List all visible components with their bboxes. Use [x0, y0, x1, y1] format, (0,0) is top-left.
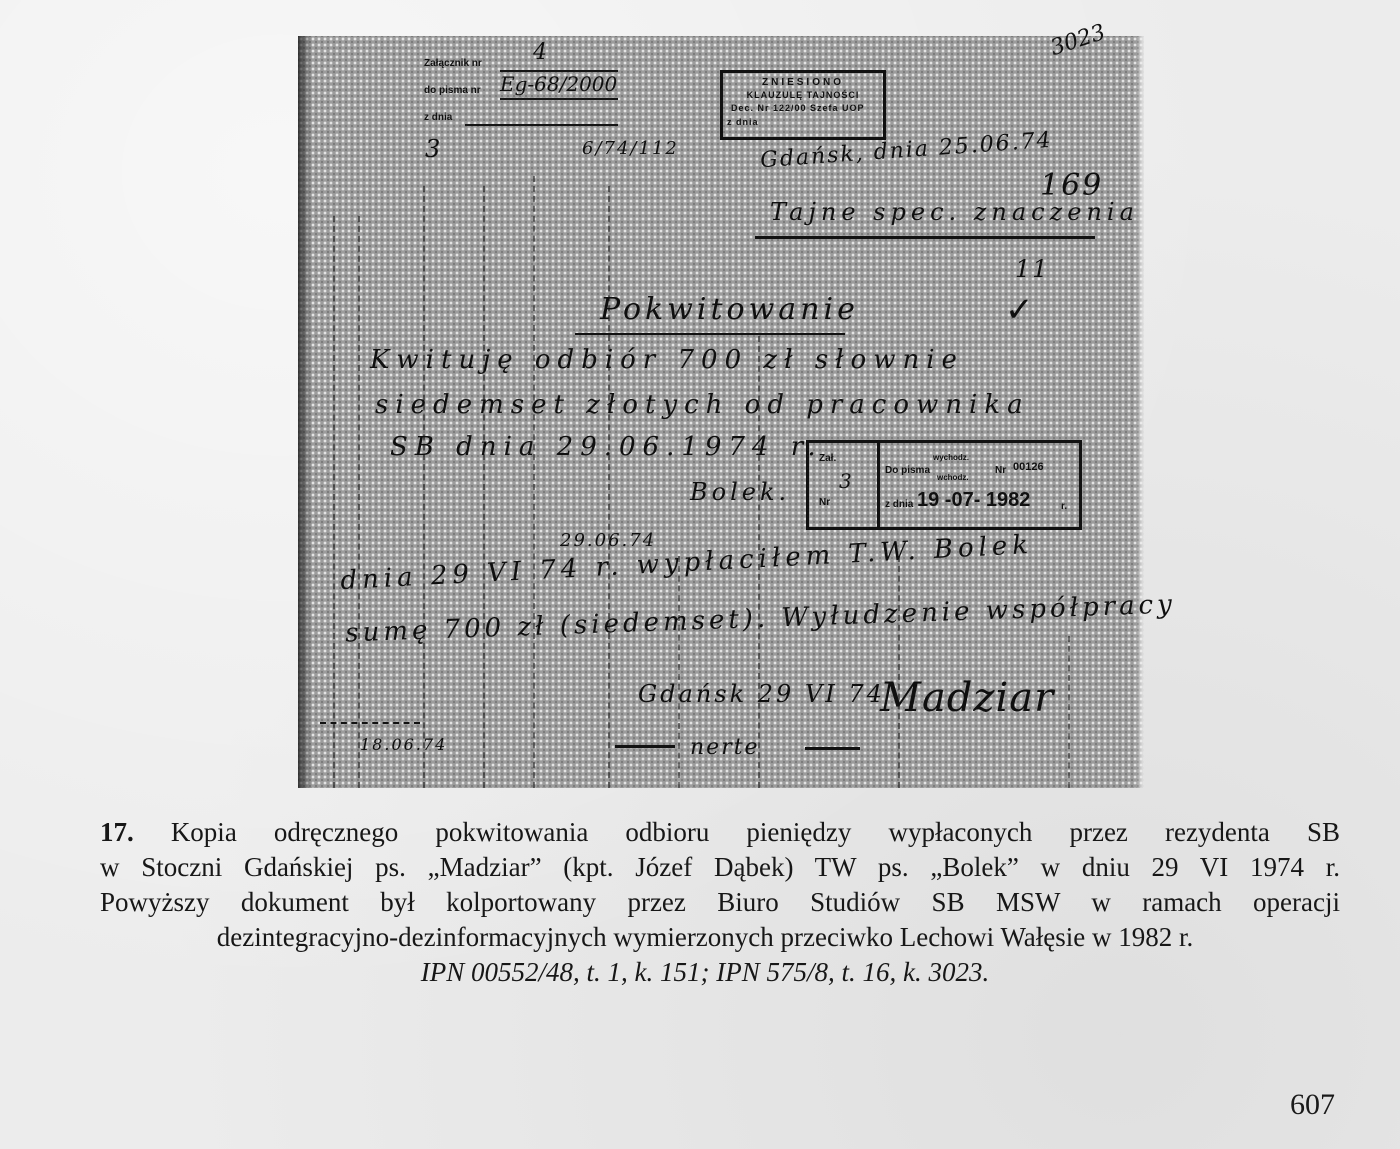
stamp-year-suffix: r. — [1061, 501, 1067, 512]
stamp-date-label: z dnia — [885, 499, 913, 510]
title-underline — [575, 333, 845, 335]
form-guide-line — [333, 216, 335, 788]
body-line-3: SB dnia 29.06.1974 r. — [390, 432, 823, 462]
caption-line-3: Powyższy dokument był kolportowany przez… — [100, 885, 1340, 920]
document-title: Pokwitowanie — [600, 292, 859, 327]
body-line-1: Kwituję odbiór 700 zł słownie — [370, 345, 964, 375]
stamp-line-2: KLAUZULĘ TAJNOŚCI — [723, 90, 883, 100]
page-number: 607 — [1290, 1088, 1335, 1122]
attachment-number: 4 — [533, 40, 549, 65]
signoff-word: nerte — [690, 735, 760, 760]
letter-number-value: Eg-68/2000 — [500, 72, 617, 96]
from-date-label: z dnia — [424, 112, 452, 123]
stamp-divider — [877, 443, 880, 527]
form-guide-line — [358, 216, 360, 788]
classification-note: Tajne spec. znaczenia — [770, 198, 1139, 226]
left-stamp-lines — [320, 722, 420, 724]
mark-11: 11 — [1015, 255, 1050, 283]
stamp-outgoing-label: wychodz. — [933, 453, 969, 462]
left-stamp-date: 18.06.74 — [360, 735, 447, 754]
caption-source: IPN 00552/48, t. 1, k. 151; IPN 575/8, t… — [60, 955, 1350, 990]
form-guide-line — [608, 186, 610, 788]
stamp-number-label-2: Nr — [995, 465, 1006, 476]
declassification-stamp: ZNIESIONO KLAUZULĘ TAJNOŚCI Dec. Nr 122/… — [720, 70, 886, 140]
stamp-attachment-label: Zał. — [819, 453, 836, 464]
stamp-line-3: Dec. Nr 122/00 Szefa UOP — [723, 103, 883, 113]
letter-number-label: do pisma nr — [424, 85, 481, 96]
stamp-number-label: Nr — [819, 497, 830, 508]
signoff-place-date: Gdańsk 29 VI 74 — [638, 680, 885, 708]
stamp-to-letter-label: Do pisma — [885, 465, 930, 476]
resident-signature: Madziar — [880, 675, 1054, 721]
stamp-number-value: 00126 — [1013, 461, 1044, 473]
caption-line-2: w Stoczni Gdańskiej ps. „Madziar” (kpt. … — [100, 850, 1340, 885]
stamp-line-1: ZNIESIONO — [723, 77, 883, 88]
signoff-line-right — [805, 747, 860, 750]
note-date-above: 29.06.74 — [560, 530, 656, 551]
form-guide-line — [678, 556, 680, 788]
caption-text-1: Kopia odręcznego pokwitowania odbioru pi… — [171, 817, 1340, 847]
from-date-field-line — [465, 124, 618, 126]
form-guide-line — [483, 186, 485, 788]
form-guide-line — [898, 556, 900, 788]
figure-caption: 17. Kopia odręcznego pokwitowania odbior… — [60, 815, 1350, 990]
registry-stamp: Zał. 3 Nr Do pisma wychodz. wchodz. Nr 0… — [806, 440, 1082, 530]
form-guide-line — [1068, 636, 1070, 788]
caption-line-4: dezintegracyjno-dezinformacyjnych wymier… — [60, 920, 1350, 955]
body-line-2: siedemset złotych od pracownika — [375, 390, 1030, 420]
attachment-label: Załącznik nr — [424, 58, 482, 69]
stamp-line-4: z dnia — [723, 117, 883, 127]
left-mark: 3 — [425, 135, 442, 163]
figure-number: 17. — [100, 817, 134, 847]
caption-line-1: 17. Kopia odręcznego pokwitowania odbior… — [100, 815, 1340, 850]
body-signature-bolek: Bolek. — [690, 478, 790, 506]
letter-number-field-line — [500, 98, 618, 100]
reference-number: 6/74/112 — [582, 138, 679, 159]
form-guide-line — [423, 186, 425, 788]
stamp-attachment-value: 3 — [839, 469, 852, 493]
classification-underline — [755, 236, 1095, 239]
stamp-incoming-label: wchodz. — [937, 473, 969, 482]
check-mark-icon: ✓ — [1005, 290, 1036, 330]
stamp-date-value: 19 -07- 1982 — [917, 489, 1030, 512]
form-guide-line — [533, 176, 535, 788]
signoff-line-left — [615, 745, 675, 748]
